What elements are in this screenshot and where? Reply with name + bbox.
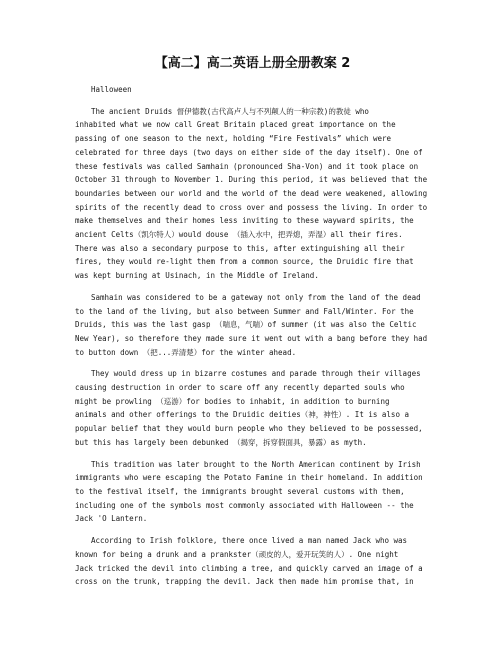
paragraph-costumes-parade: They would dress up in bizarre costumes … (75, 367, 430, 449)
document-page: 【高二】高二英语上册全册教案 2 Halloween The ancient D… (0, 0, 502, 649)
document-title: 【高二】高二英语上册全册教案 2 (75, 55, 430, 72)
paragraph-halloween-heading: Halloween (75, 83, 430, 97)
paragraph-jack-folklore: According to Irish folklore, there once … (75, 534, 430, 589)
paragraph-samhain-gateway: Samhain was considered to be a gateway n… (75, 291, 430, 360)
paragraph-ancient-druids: The ancient Druids 督伊德教(古代高卢人与不列颠人的一种宗教)… (75, 105, 430, 283)
paragraph-irish-immigrants: This tradition was later brought to the … (75, 458, 430, 527)
